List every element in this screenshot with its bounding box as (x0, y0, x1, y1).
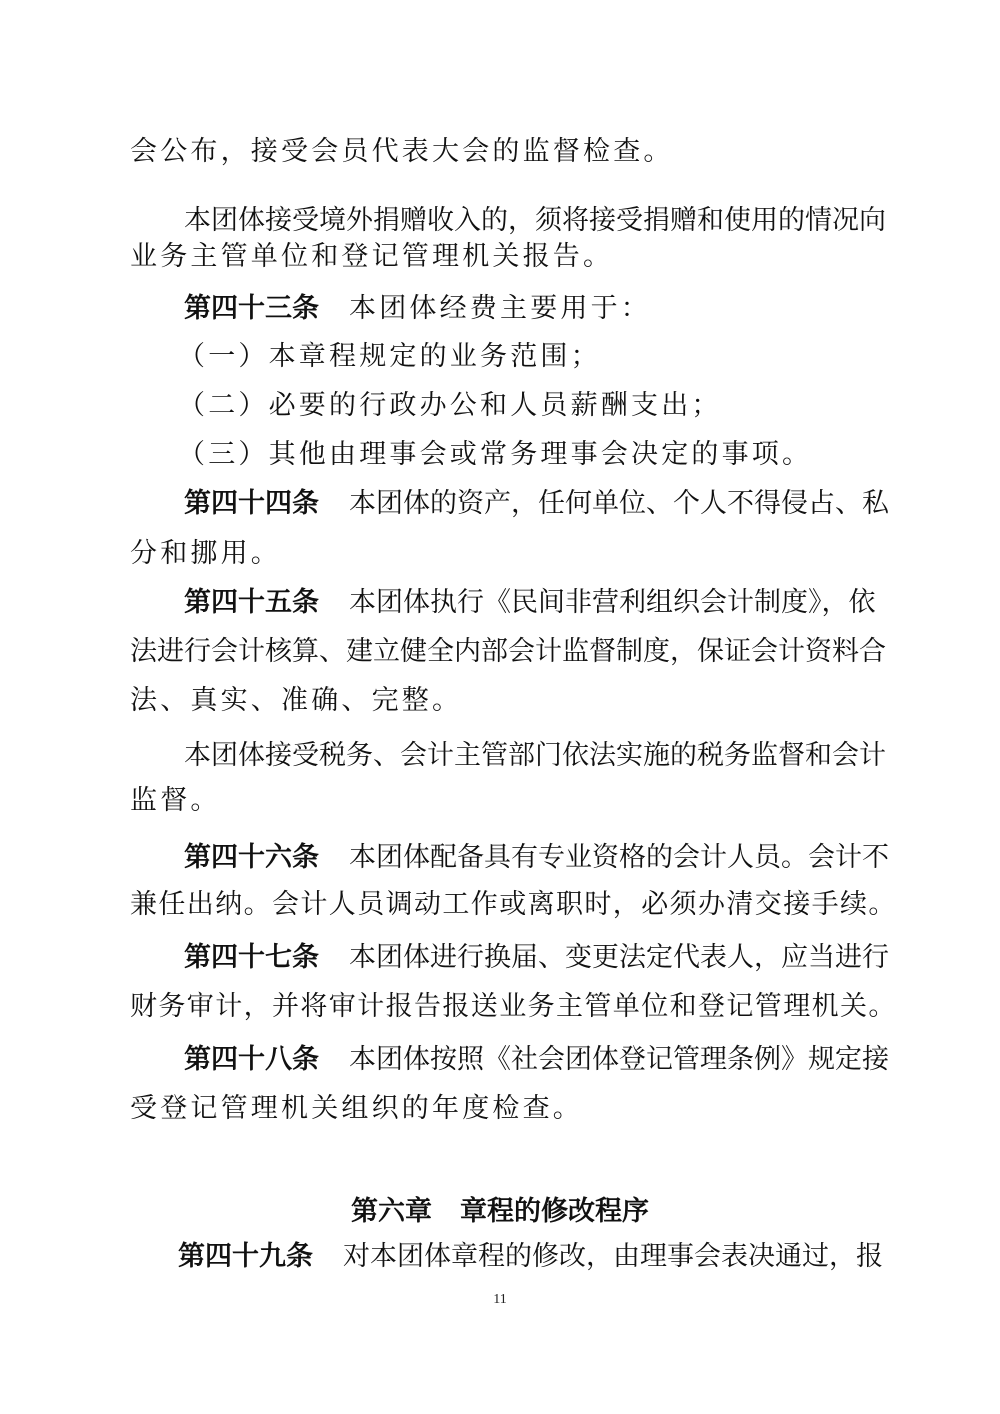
list-item: （三）其他由理事会或常务理事会决定的事项。 (178, 435, 918, 475)
article-text: 对本团体章程的修改，由理事会表决通过，报 (343, 1241, 883, 1272)
chapter-title: 章程的修改程序 (460, 1196, 649, 1227)
article-46: 第四十六条本团体配备具有专业资格的会计人员。会计不 (184, 838, 870, 878)
text-line: 财务审计，并将审计报告报送业务主管单位和登记管理机关。 (130, 987, 870, 1027)
text-line: 监督。 (130, 781, 870, 821)
article-label: 第四十八条 (184, 1044, 319, 1075)
text-line: 本团体接受税务、会计主管部门依法实施的税务监督和会计 (184, 736, 870, 776)
article-48: 第四十八条本团体按照《社会团体登记管理条例》规定接 (184, 1040, 870, 1080)
list-item: （一）本章程规定的业务范围； (178, 337, 918, 377)
article-label: 第四十三条 (184, 293, 319, 324)
text-line: 会公布，接受会员代表大会的监督检查。 (130, 132, 870, 172)
article-label: 第四十五条 (184, 587, 319, 618)
page-number: 11 (0, 1292, 1000, 1308)
text-line: 业务主管单位和登记管理机关报告。 (130, 237, 870, 277)
article-label: 第四十六条 (184, 842, 319, 873)
article-text: 本团体执行《民间非营利组织会计制度》，依 (349, 587, 876, 618)
article-label: 第四十九条 (178, 1241, 313, 1272)
article-43: 第四十三条本团体经费主要用于： (184, 289, 870, 329)
article-49: 第四十九条对本团体章程的修改，由理事会表决通过，报 (178, 1237, 870, 1277)
text-line: 法进行会计核算、建立健全内部会计监督制度，保证会计资料合 (130, 632, 870, 672)
article-text: 本团体进行换届、变更法定代表人，应当进行 (349, 942, 889, 973)
text-line: 本团体接受境外捐赠收入的，须将接受捐赠和使用的情况向 (184, 201, 870, 241)
list-item: （二）必要的行政办公和人员薪酬支出； (178, 386, 918, 426)
text-line: 兼任出纳。会计人员调动工作或离职时，必须办清交接手续。 (130, 885, 870, 925)
text-line: 分和挪用。 (130, 534, 870, 574)
article-text: 本团体的资产，任何单位、个人不得侵占、私 (349, 488, 889, 519)
article-47: 第四十七条本团体进行换届、变更法定代表人，应当进行 (184, 938, 870, 978)
article-44: 第四十四条本团体的资产，任何单位、个人不得侵占、私 (184, 484, 870, 524)
document-page: 会公布，接受会员代表大会的监督检查。 本团体接受境外捐赠收入的，须将接受捐赠和使… (0, 0, 1000, 1414)
article-label: 第四十四条 (184, 488, 319, 519)
article-text: 本团体经费主要用于： (349, 293, 651, 324)
article-text: 本团体按照《社会团体登记管理条例》规定接 (349, 1044, 889, 1075)
article-text: 本团体配备具有专业资格的会计人员。会计不 (349, 842, 889, 873)
chapter-heading: 第六章章程的修改程序 (0, 1190, 1000, 1234)
article-45: 第四十五条本团体执行《民间非营利组织会计制度》，依 (184, 583, 870, 623)
article-label: 第四十七条 (184, 942, 319, 973)
text-line: 法、真实、准确、完整。 (130, 681, 870, 721)
chapter-number: 第六章 (351, 1196, 432, 1227)
text-line: 受登记管理机关组织的年度检查。 (130, 1089, 870, 1129)
